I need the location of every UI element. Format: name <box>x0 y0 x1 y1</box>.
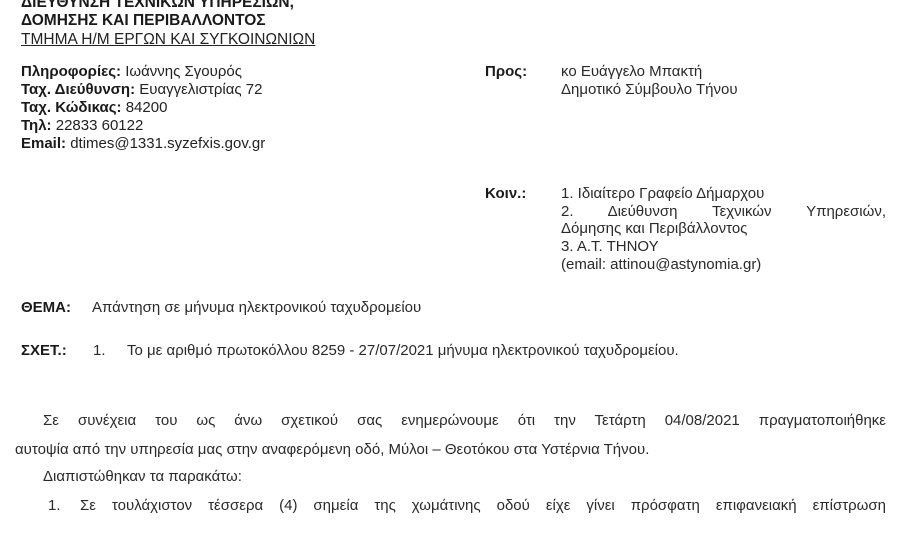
phone-label: Τηλ: <box>21 117 52 134</box>
address-label: Ταχ. Διεύθυνση: <box>21 81 135 98</box>
findings-intro: Διαπιστώθηκαν τα παρακάτω: <box>43 468 242 485</box>
department-name: ΤΜΗΜΑ Η/Μ ΕΡΓΩΝ ΚΑΙ ΣΥΓΚΟΙΝΩΝΙΩΝ <box>21 31 315 48</box>
cc-label: Κοιν.: <box>485 185 526 202</box>
header-line-2: ΔΟΜΗΣΗΣ ΚΑΙ ΠΕΡΙΒΑΛΛΟΝΤΟΣ <box>21 12 266 29</box>
subject-value: Απάντηση σε μήνυμα ηλεκτρονικού ταχυδρομ… <box>92 299 421 316</box>
body-paragraph-line-2: αυτοψία από την υπηρεσία μας στην αναφερ… <box>15 441 649 458</box>
recipient-name: κο Ευάγγελο Μπακτή <box>561 63 702 80</box>
reference-label: ΣΧΕΤ.: <box>21 342 67 359</box>
postcode-label: Ταχ. Κώδικας: <box>21 99 122 116</box>
subject-label: ΘΕΜΑ: <box>21 299 71 316</box>
email-value: dtimes@1331.syzefxis.gov.gr <box>70 135 265 152</box>
phone-value: 22833 60122 <box>56 117 144 134</box>
info-label: Πληροφορίες: <box>21 63 121 80</box>
email-label: Email: <box>21 135 66 152</box>
body-paragraph-line-1: Σε συνέχεια του ως άνω σχετικού σας ενημ… <box>43 412 886 429</box>
cc-item-2-cont: Δόμησης και Περιβάλλοντος <box>561 220 747 237</box>
finding-1-number: 1. <box>48 497 61 514</box>
contact-info-row: Πληροφορίες: Ιωάννης Σγουρός <box>21 63 242 80</box>
cc-item-3-email: (email: attinou@astynomia.gr) <box>561 256 761 273</box>
reference-number: 1. <box>93 342 106 359</box>
contact-email-row: Email: dtimes@1331.syzefxis.gov.gr <box>21 135 265 152</box>
cc-item-2: 2. Διεύθυνση Τεχνικών Υπηρεσιών, <box>561 203 886 220</box>
header-line-1: ΔΙΕΥΘΥΝΣΗ ΤΕΧΝΙΚΩΝ ΥΠΗΡΕΣΙΩΝ, <box>21 0 294 11</box>
contact-phone-row: Τηλ: 22833 60122 <box>21 117 143 134</box>
info-value: Ιωάννης Σγουρός <box>125 63 242 80</box>
finding-1-text: Σε τουλάχιστον τέσσερα (4) σημεία της χω… <box>80 497 886 514</box>
recipient-title: Δημοτικό Σύμβουλο Τήνου <box>561 81 738 98</box>
cc-item-1: 1. Ιδιαίτερο Γραφείο Δήμαρχου <box>561 185 764 202</box>
address-value: Ευαγγελιστρίας 72 <box>139 81 262 98</box>
cc-item-3: 3. Α.Τ. ΤΗΝΟΥ <box>561 238 659 255</box>
reference-value: Το με αριθμό πρωτοκόλλου 8259 - 27/07/20… <box>127 342 679 359</box>
contact-postcode-row: Ταχ. Κώδικας: 84200 <box>21 99 167 116</box>
postcode-value: 84200 <box>126 99 168 116</box>
contact-address-row: Ταχ. Διεύθυνση: Ευαγγελιστρίας 72 <box>21 81 262 98</box>
recipient-label: Προς: <box>485 63 527 80</box>
